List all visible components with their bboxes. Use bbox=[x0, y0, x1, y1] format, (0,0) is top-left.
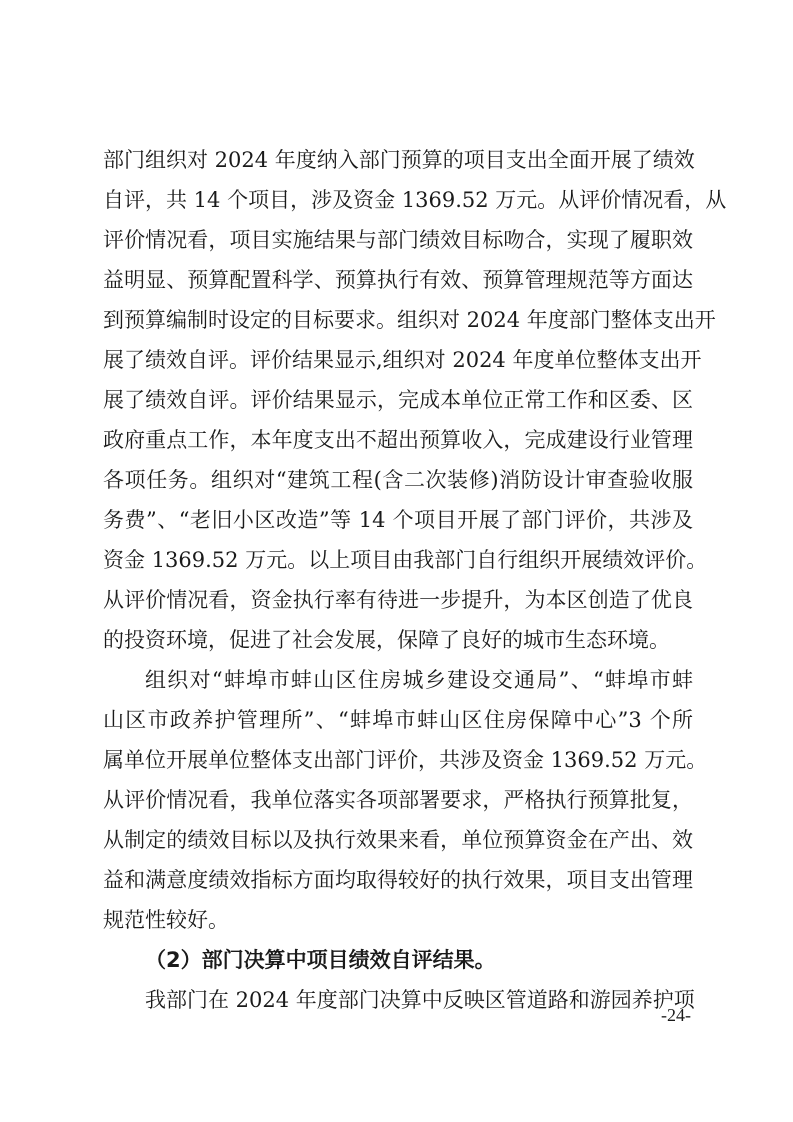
text-line: 组织对“蚌埠市蚌山区住房城乡建设交通局”、“蚌埠市蚌 bbox=[145, 660, 693, 700]
text-line: 各项任务。组织对“建筑工程(含二次装修)消防设计审查验收服 bbox=[103, 460, 693, 500]
section-heading: （2）部门决算中项目绩效自评结果。 bbox=[145, 940, 496, 980]
text-line: 部门组织对 2024 年度纳入部门预算的项目支出全面开展了绩效 bbox=[103, 140, 693, 180]
text-line: 规范性较好。 bbox=[103, 900, 693, 940]
text-line: 从评价情况看，我单位落实各项部署要求，严格执行预算批复， bbox=[103, 780, 693, 820]
text-line: 评价情况看，项目实施结果与部门绩效目标吻合，实现了履职效 bbox=[103, 220, 693, 260]
text-line: 到预算编制时设定的目标要求。组织对 2024 年度部门整体支出开 bbox=[103, 300, 693, 340]
text-line: 从评价情况看，资金执行率有待进一步提升，为本区创造了优良 bbox=[103, 580, 693, 620]
text-line: 政府重点工作，本年度支出不超出预算收入，完成建设行业管理 bbox=[103, 420, 693, 460]
text-line: 的投资环境，促进了社会发展，保障了良好的城市生态环境。 bbox=[103, 620, 693, 660]
document-page: 部门组织对 2024 年度纳入部门预算的项目支出全面开展了绩效 自评，共 14 … bbox=[0, 0, 793, 1122]
text-line: 益和满意度绩效指标方面均取得较好的执行效果，项目支出管理 bbox=[103, 860, 693, 900]
text-line: 属单位开展单位整体支出部门评价，共涉及资金 1369.52 万元。 bbox=[103, 740, 693, 780]
text-line: 益明显、预算配置科学、预算执行有效、预算管理规范等方面达 bbox=[103, 260, 693, 300]
text-line: 我部门在 2024 年度部门决算中反映区管道路和游园养护项 bbox=[145, 980, 693, 1020]
text-line: 从制定的绩效目标以及执行效果来看，单位预算资金在产出、效 bbox=[103, 820, 693, 860]
text-line: 山区市政养护管理所”、“蚌埠市蚌山区住房保障中心”3 个所 bbox=[103, 700, 693, 740]
page-number: -24- bbox=[661, 1003, 691, 1027]
text-line: 展了绩效自评。评价结果显示,组织对 2024 年度单位整体支出开 bbox=[103, 340, 693, 380]
text-line: 展了绩效自评。评价结果显示，完成本单位正常工作和区委、区 bbox=[103, 380, 693, 420]
text-line: 自评，共 14 个项目，涉及资金 1369.52 万元。从评价情况看，从 bbox=[103, 180, 693, 220]
text-line: 资金 1369.52 万元。以上项目由我部门自行组织开展绩效评价。 bbox=[103, 540, 693, 580]
text-line: 务费”、“老旧小区改造”等 14 个项目开展了部门评价，共涉及 bbox=[103, 500, 693, 540]
